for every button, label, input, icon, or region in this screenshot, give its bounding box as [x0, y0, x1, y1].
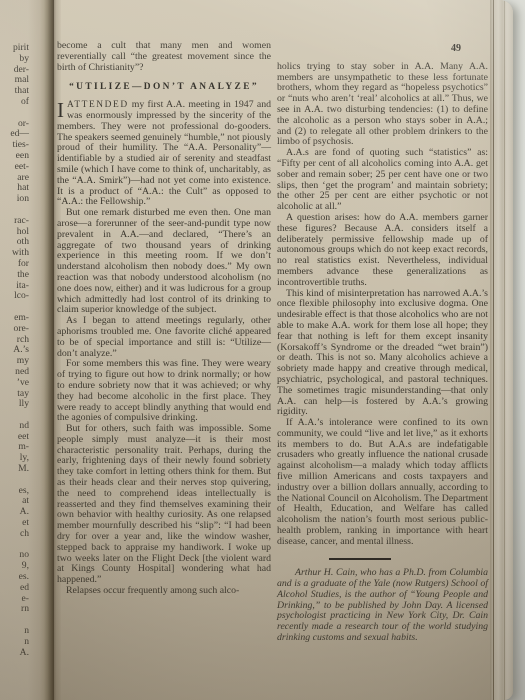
paragraph: For some members this was fine. They wer…	[57, 359, 271, 424]
text-fragment: eet-	[0, 162, 29, 173]
author-bio: Arthur H. Cain, who has a Ph.D. from Col…	[277, 568, 488, 644]
open-book: piritbyder-malthatofor-ed—ties-eeneet-ar…	[0, 0, 513, 700]
opening-lead-caps: ATTENDED	[67, 100, 129, 110]
paragraph: Relapses occur frequently among such alc…	[57, 586, 271, 597]
text-fragment: ore-	[0, 324, 29, 335]
text-fragment: n	[0, 637, 29, 648]
right-text-column: 49 holics trying to stay sober in A.A. M…	[277, 44, 488, 644]
page-number: 49	[277, 44, 488, 55]
paragraph: A.A.s are fond of quoting such “statisti…	[277, 148, 488, 213]
left-page-text-fragments: piritbyder-malthatofor-ed—ties-eeneet-ar…	[0, 43, 29, 658]
paragraph: If A.A.’s intolerance were confined to i…	[277, 418, 488, 548]
paragraph: This kind of misinterpretation has narro…	[277, 289, 488, 419]
paragraph-continuation: become a cult that many men and women re…	[57, 41, 271, 73]
paragraph: As I began to attend meetings regularly,…	[57, 316, 271, 359]
dropcap-letter: I	[57, 101, 64, 120]
paragraph: A question arises: how do A.A. members g…	[277, 213, 488, 289]
text-fragment: lco-	[0, 291, 29, 302]
paragraph: But for others, such faith was impossibl…	[57, 424, 271, 586]
text-fragment: the	[0, 270, 29, 281]
left-text-column: become a cult that many men and women re…	[57, 41, 271, 597]
text-fragment: ch	[0, 529, 29, 540]
text-fragment	[0, 108, 29, 119]
text-fragment: ’ve	[0, 378, 29, 389]
photo-backdrop: piritbyder-malthatofor-ed—ties-eeneet-ar…	[0, 0, 525, 700]
text-fragment: by	[0, 54, 29, 65]
opening-text: my first A.A. meeting in 1947 and was en…	[57, 99, 271, 207]
text-fragment: rn	[0, 604, 29, 615]
text-fragment: A.	[0, 648, 29, 659]
paragraph: holics trying to stay sober in A.A. Many…	[277, 62, 488, 148]
text-fragment: ion	[0, 194, 29, 205]
section-heading: “UTILIZE—DON’T ANALYZE”	[57, 82, 271, 93]
text-fragment: rac-	[0, 216, 29, 227]
page-fore-edge	[490, 0, 513, 700]
text-fragment: of	[0, 97, 29, 108]
text-fragment: M.	[0, 464, 29, 475]
left-page-edge: piritbyder-malthatofor-ed—ties-eeneet-ar…	[0, 0, 54, 700]
text-fragment: lly	[0, 399, 29, 410]
paragraph: But one remark disturbed me even then. O…	[57, 208, 271, 316]
paragraph-opening: IATTENDEDmy first A.A. meeting in 1947 a…	[57, 100, 271, 208]
section-divider-rule	[329, 558, 391, 561]
